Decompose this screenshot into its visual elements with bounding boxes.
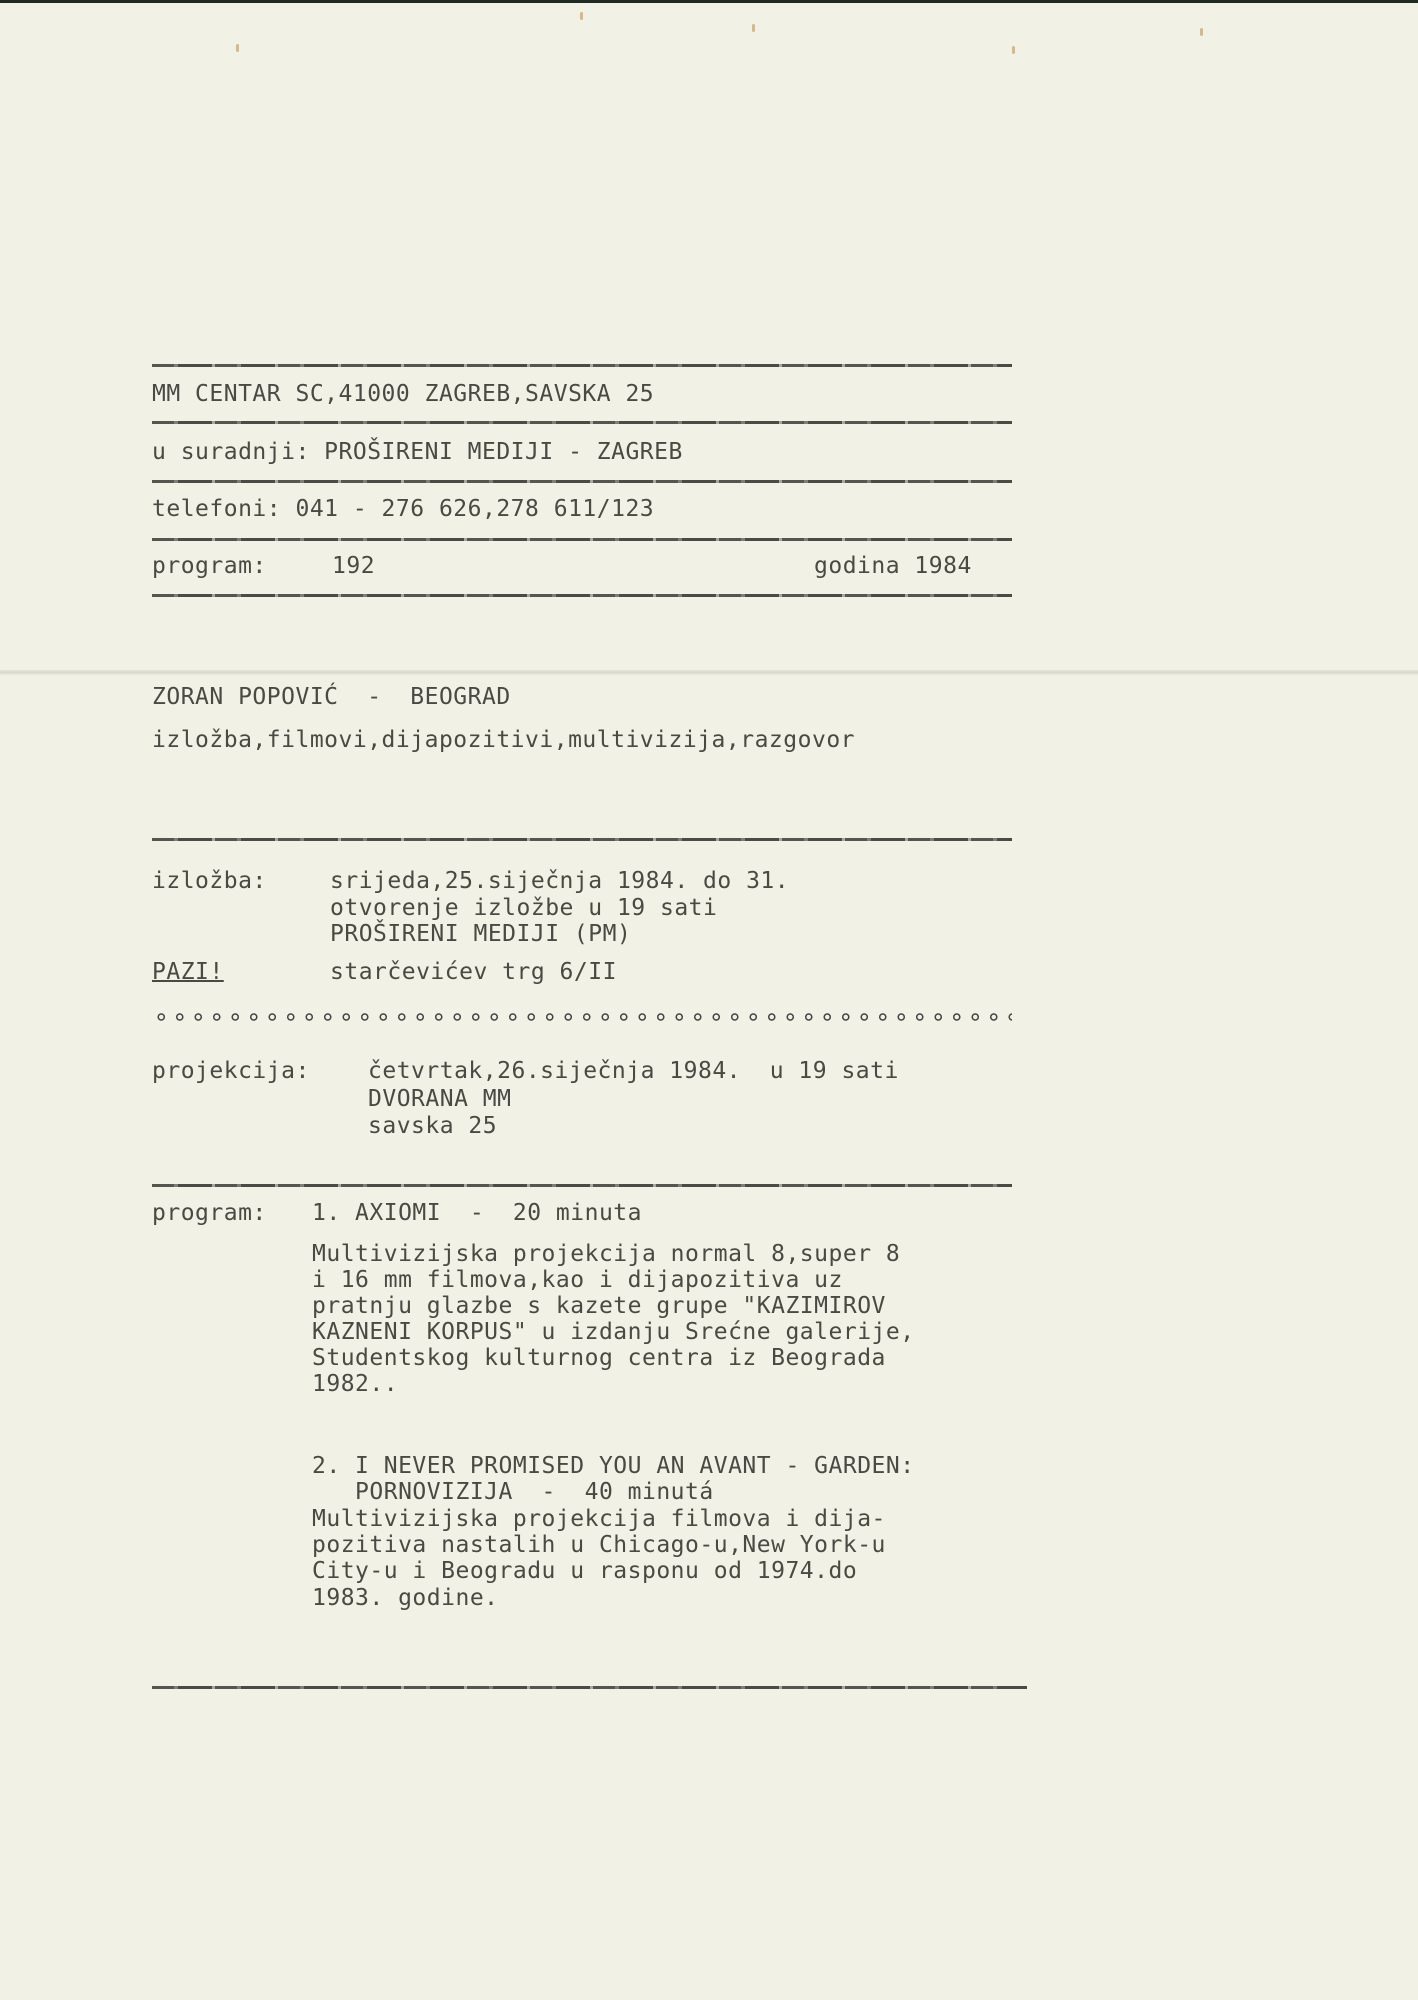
divider	[152, 364, 1012, 367]
phones: telefoni: 041 - 276 626,278 611/123	[152, 495, 654, 524]
pazi-note: PAZI!	[152, 958, 224, 987]
address: MM CENTAR SC,41000 ZAGREB,SAVSKA 25	[152, 380, 654, 409]
paper-speck	[236, 44, 239, 52]
program-item-desc: 1982..	[312, 1370, 398, 1399]
projection-line: DVORANA MM	[368, 1085, 511, 1114]
divider	[152, 1686, 1027, 1689]
program-item-desc: KAZNENI KORPUS" u izdanju Srećne galerij…	[312, 1318, 915, 1347]
paper-speck	[580, 12, 583, 20]
divider	[152, 838, 1012, 841]
program-label: program:	[152, 1199, 267, 1228]
program-item-title: 2. I NEVER PROMISED YOU AN AVANT - GARDE…	[312, 1452, 915, 1481]
exhibition-line: PROŠIRENI MEDIJI (PM)	[330, 920, 631, 949]
exhibition-line: starčevićev trg 6/II	[330, 958, 617, 987]
divider	[152, 480, 1012, 483]
program-item-desc: Multivizijska projekcija normal 8,super …	[312, 1240, 900, 1269]
program-number: 192	[332, 552, 375, 581]
divider	[152, 538, 1012, 541]
year: godina 1984	[814, 552, 972, 581]
program-item-desc: City-u i Beogradu u rasponu od 1974.do	[312, 1557, 857, 1586]
program-item-desc: 1983. godine.	[312, 1584, 499, 1613]
projection-line: četvrtak,26.siječnja 1984. u 19 sati	[368, 1057, 899, 1086]
projection-label: projekcija:	[152, 1057, 310, 1086]
program-label: program:	[152, 552, 267, 581]
projection-line: savska 25	[368, 1112, 497, 1141]
program-item-desc: Studentskog kulturnog centra iz Beograda	[312, 1344, 886, 1373]
paper-fold-line	[0, 670, 1418, 675]
divider	[152, 1184, 1012, 1187]
paper-speck	[1200, 28, 1203, 36]
activities: izložba,filmovi,dijapozitivi,multivizija…	[152, 726, 855, 755]
program-item-desc: pratnju glazbe s kazete grupe "KAZIMIROV	[312, 1292, 886, 1321]
paper-speck	[752, 24, 755, 32]
exhibition-label: izložba:	[152, 867, 267, 896]
program-item-title: PORNOVIZIJA - 40 minutá	[312, 1478, 714, 1507]
exhibition-line: srijeda,25.siječnja 1984. do 31.	[330, 867, 789, 896]
program-item-desc: pozitiva nastalih u Chicago-u,New York-u	[312, 1531, 886, 1560]
exhibition-line: otvorenje izložbe u 19 sati	[330, 894, 717, 923]
divider	[152, 594, 1012, 597]
paper-speck	[1012, 46, 1015, 54]
divider	[152, 421, 1012, 424]
artist-name: ZORAN POPOVIĆ - BEOGRAD	[152, 683, 511, 712]
scan-top-edge	[0, 0, 1418, 3]
dotted-divider	[152, 1012, 1012, 1022]
program-item-desc: i 16 mm filmova,kao i dijapozitiva uz	[312, 1266, 843, 1295]
program-item-title: 1. AXIOMI - 20 minuta	[312, 1199, 642, 1228]
cooperation: u suradnji: PROŠIRENI MEDIJI - ZAGREB	[152, 438, 683, 467]
program-item-desc: Multivizijska projekcija filmova i dija-	[312, 1505, 886, 1534]
